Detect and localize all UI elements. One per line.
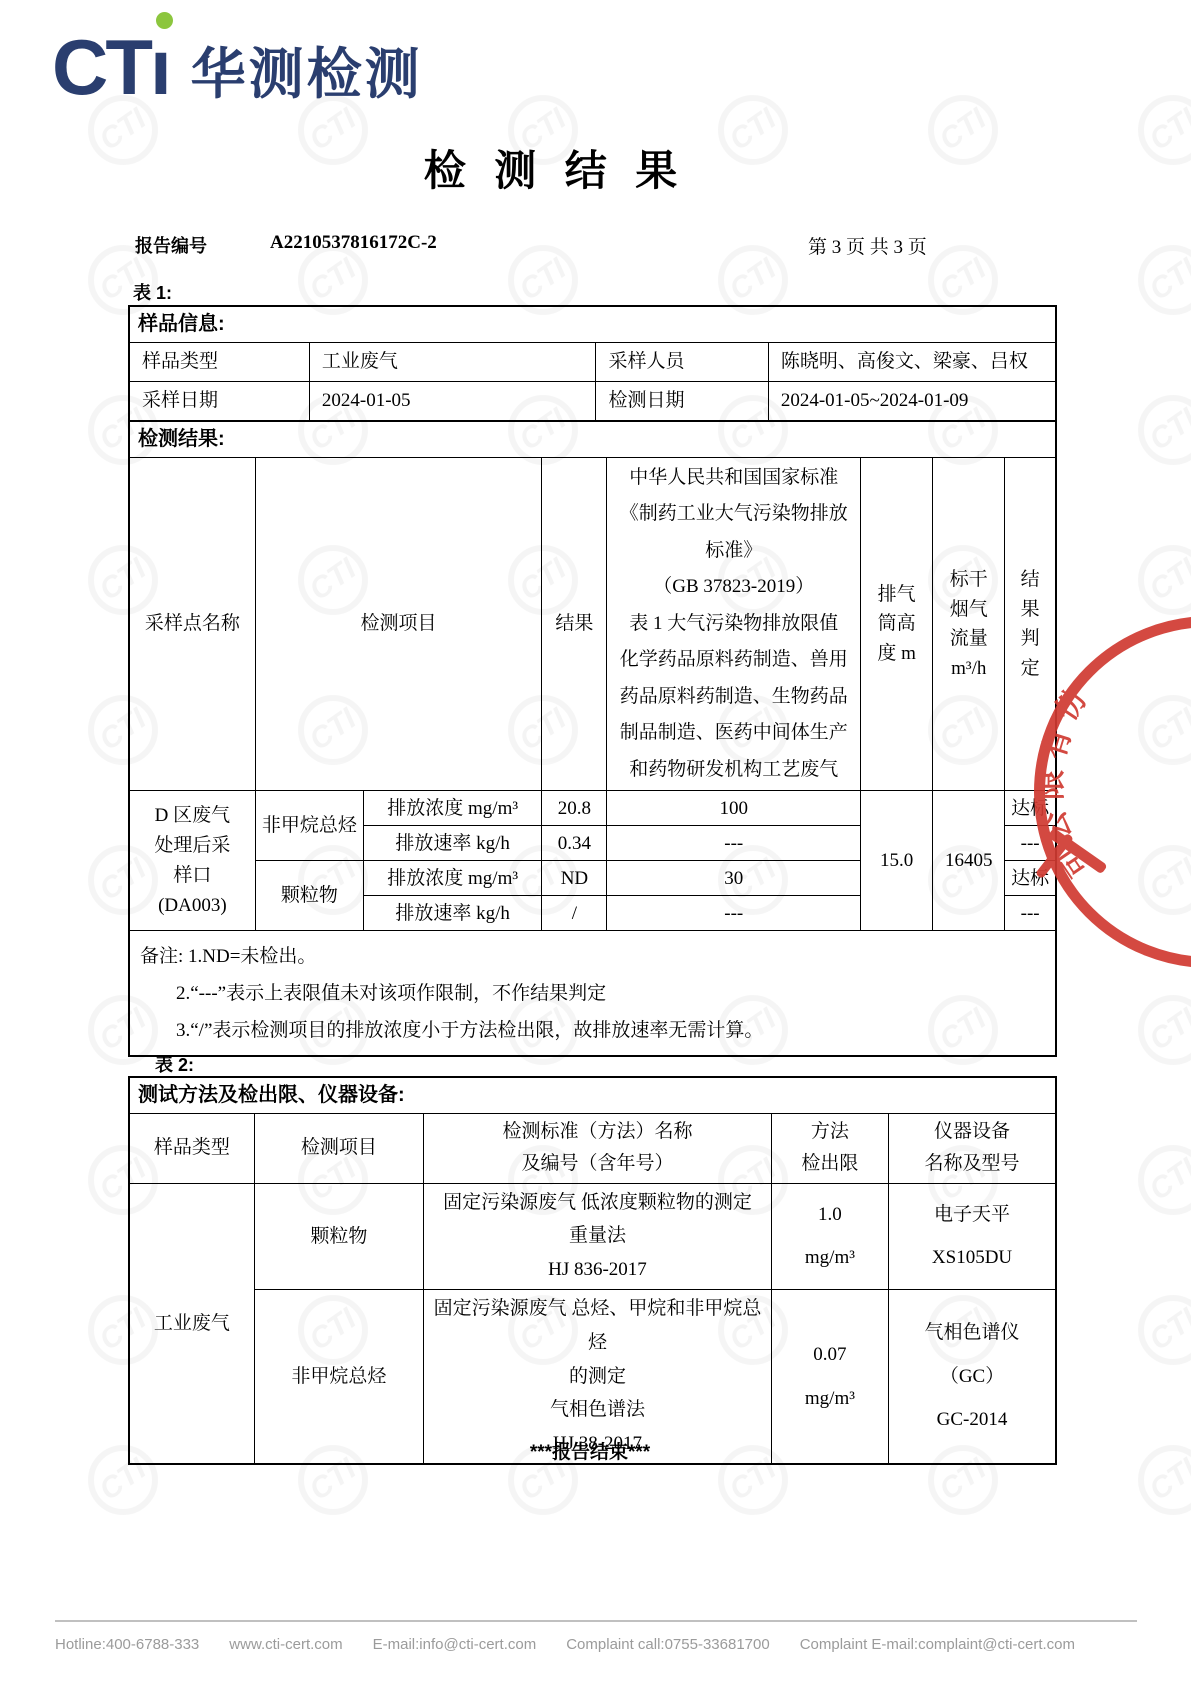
sampling-date-label: 采样日期 (129, 382, 309, 422)
cti-watermark-icon: CTI (1138, 95, 1191, 165)
param-cell: 排放浓度 mg/m³ (363, 861, 541, 896)
col-header-sample-type: 样品类型 (129, 1114, 254, 1184)
flue-flow-value: 16405 (933, 791, 1005, 931)
col-header-standard: 中华人民共和国国家标准 《制药工业大气污染物排放标准》 （GB 37823-20… (607, 458, 861, 791)
method-cell: 固定污染源废气 低浓度颗粒物的测定 重量法 HJ 836-2017 (424, 1183, 772, 1289)
logo-chinese-name: 华测检测 (191, 47, 423, 106)
limit-cell: --- (607, 826, 861, 861)
col-header-sampling-point: 采样点名称 (129, 458, 255, 791)
test-date-label: 检测日期 (596, 382, 768, 422)
limit-cell: 100 (607, 791, 861, 826)
stack-height-value: 15.0 (861, 791, 933, 931)
result-cell: ND (542, 861, 607, 896)
samplers-value: 陈晓明、高俊文、梁豪、吕权 (768, 343, 1056, 382)
param-cell: 排放速率 kg/h (363, 896, 541, 931)
methods-section-header: 测试方法及检出限、仪器设备: (129, 1077, 1056, 1114)
report-page: CTICTICTICTICTICTICTICTICTICTICTICTICTIC… (0, 0, 1191, 1684)
col-header-instrument: 仪器设备 名称及型号 (889, 1114, 1056, 1184)
col-header-method-name: 检测标准（方法）名称 及编号（含年号） (424, 1114, 772, 1184)
sample-type-label: 样品类型 (129, 343, 309, 382)
stamp-character: 限 (1037, 770, 1067, 800)
footer: Hotline:400-6788-333 www.cti-cert.com E-… (55, 1636, 1155, 1653)
table2: 测试方法及检出限、仪器设备: 样品类型 检测项目 检测标准（方法）名称 及编号（… (128, 1076, 1057, 1465)
result-cell: 20.8 (542, 791, 607, 826)
footer-divider (55, 1620, 1137, 1622)
logo-cti-text: CTı (52, 28, 169, 106)
table1: 样品信息: 样品类型 工业废气 采样人员 陈晓明、高俊文、梁豪、吕权 采样日期 … (128, 305, 1057, 1057)
instrument-cell: 电子天平 XS105DU (889, 1183, 1056, 1289)
footer-email: E-mail:info@cti-cert.com (373, 1636, 537, 1653)
cti-watermark-icon: CTI (1138, 1145, 1191, 1215)
note-line: 2.“---”表示上表限值未对该项作限制，不作结果判定 (140, 975, 1045, 1012)
cti-logo: CTı 华测检测 (52, 28, 423, 106)
results-table: 检测结果: 采样点名称 检测项目 结果 中华人民共和国国家标准 《制药工业大气污… (128, 420, 1057, 1057)
page-indicator: 第 3 页 共 3 页 (808, 232, 927, 259)
report-number-value: A2210537816172C-2 (270, 232, 437, 254)
result-cell: / (542, 896, 607, 931)
col-header-detection-limit: 方法 检出限 (771, 1114, 888, 1184)
table2-caption: 表 2: (155, 1051, 194, 1077)
col-header-result: 结果 (542, 458, 607, 791)
end-of-report-text: ***报告结束*** (0, 1437, 1180, 1464)
param-cell: 排放速率 kg/h (363, 826, 541, 861)
sampling-date-value: 2024-01-05 (309, 382, 596, 422)
samplers-label: 采样人员 (596, 343, 768, 382)
footer-hotline: Hotline:400-6788-333 (55, 1636, 199, 1653)
item-cell: 颗粒物 (254, 1183, 423, 1289)
sample-type-cell: 工业废气 (129, 1183, 254, 1464)
results-section-header: 检测结果: (129, 421, 1056, 458)
col-header-flue-flow: 标干 烟气 流量 m³/h (933, 458, 1005, 791)
sample-info-table: 样品信息: 样品类型 工业废气 采样人员 陈晓明、高俊文、梁豪、吕权 采样日期 … (128, 305, 1057, 422)
cti-watermark-icon: CTI (1138, 1295, 1191, 1365)
methods-table: 测试方法及检出限、仪器设备: 样品类型 检测项目 检测标准（方法）名称 及编号（… (128, 1076, 1057, 1465)
detection-limit-cell: 1.0 mg/m³ (771, 1183, 888, 1289)
cti-watermark-icon: CTI (1138, 995, 1191, 1065)
param-cell: 排放浓度 mg/m³ (363, 791, 541, 826)
col-header-test-item: 检测项目 (254, 1114, 423, 1184)
note-line: 3.“/”表示检测项目的排放浓度小于方法检出限，故排放速率无需计算。 (140, 1012, 1045, 1049)
sampling-point-cell: D 区废气 处理后采 样口 (DA003) (129, 791, 255, 931)
footer-complaint-call: Complaint call:0755-33681700 (566, 1636, 769, 1653)
test-date-value: 2024-01-05~2024-01-09 (768, 382, 1056, 422)
company-stamp: 份 有 限 公 司 (1020, 598, 1191, 900)
report-number-label: 报告编号 (135, 232, 207, 258)
item-nmhc-cell: 非甲烷总烃 (255, 791, 363, 861)
judge-cell: --- (1005, 896, 1056, 931)
limit-cell: 30 (607, 861, 861, 896)
cti-watermark-icon: CTI (1138, 245, 1191, 315)
logo-dot-icon (156, 12, 173, 29)
page-title: 检 测 结 果 (0, 138, 1110, 198)
result-cell: 0.34 (542, 826, 607, 861)
col-header-stack-height: 排气 筒高 度 m (861, 458, 933, 791)
cti-watermark-icon: CTI (1138, 395, 1191, 465)
footer-website: www.cti-cert.com (229, 1636, 342, 1653)
notes-cell: 备注: 1.ND=未检出。 2.“---”表示上表限值未对该项作限制，不作结果判… (129, 931, 1056, 1057)
note-line: 备注: 1.ND=未检出。 (140, 938, 1045, 975)
limit-cell: --- (607, 896, 861, 931)
sample-info-section-header: 样品信息: (129, 306, 1056, 343)
sample-type-value: 工业废气 (309, 343, 596, 382)
footer-complaint-email: Complaint E-mail:complaint@cti-cert.com (800, 1636, 1075, 1653)
item-particulate-cell: 颗粒物 (255, 861, 363, 931)
table1-caption: 表 1: (133, 279, 172, 305)
col-header-test-item: 检测项目 (255, 458, 542, 791)
